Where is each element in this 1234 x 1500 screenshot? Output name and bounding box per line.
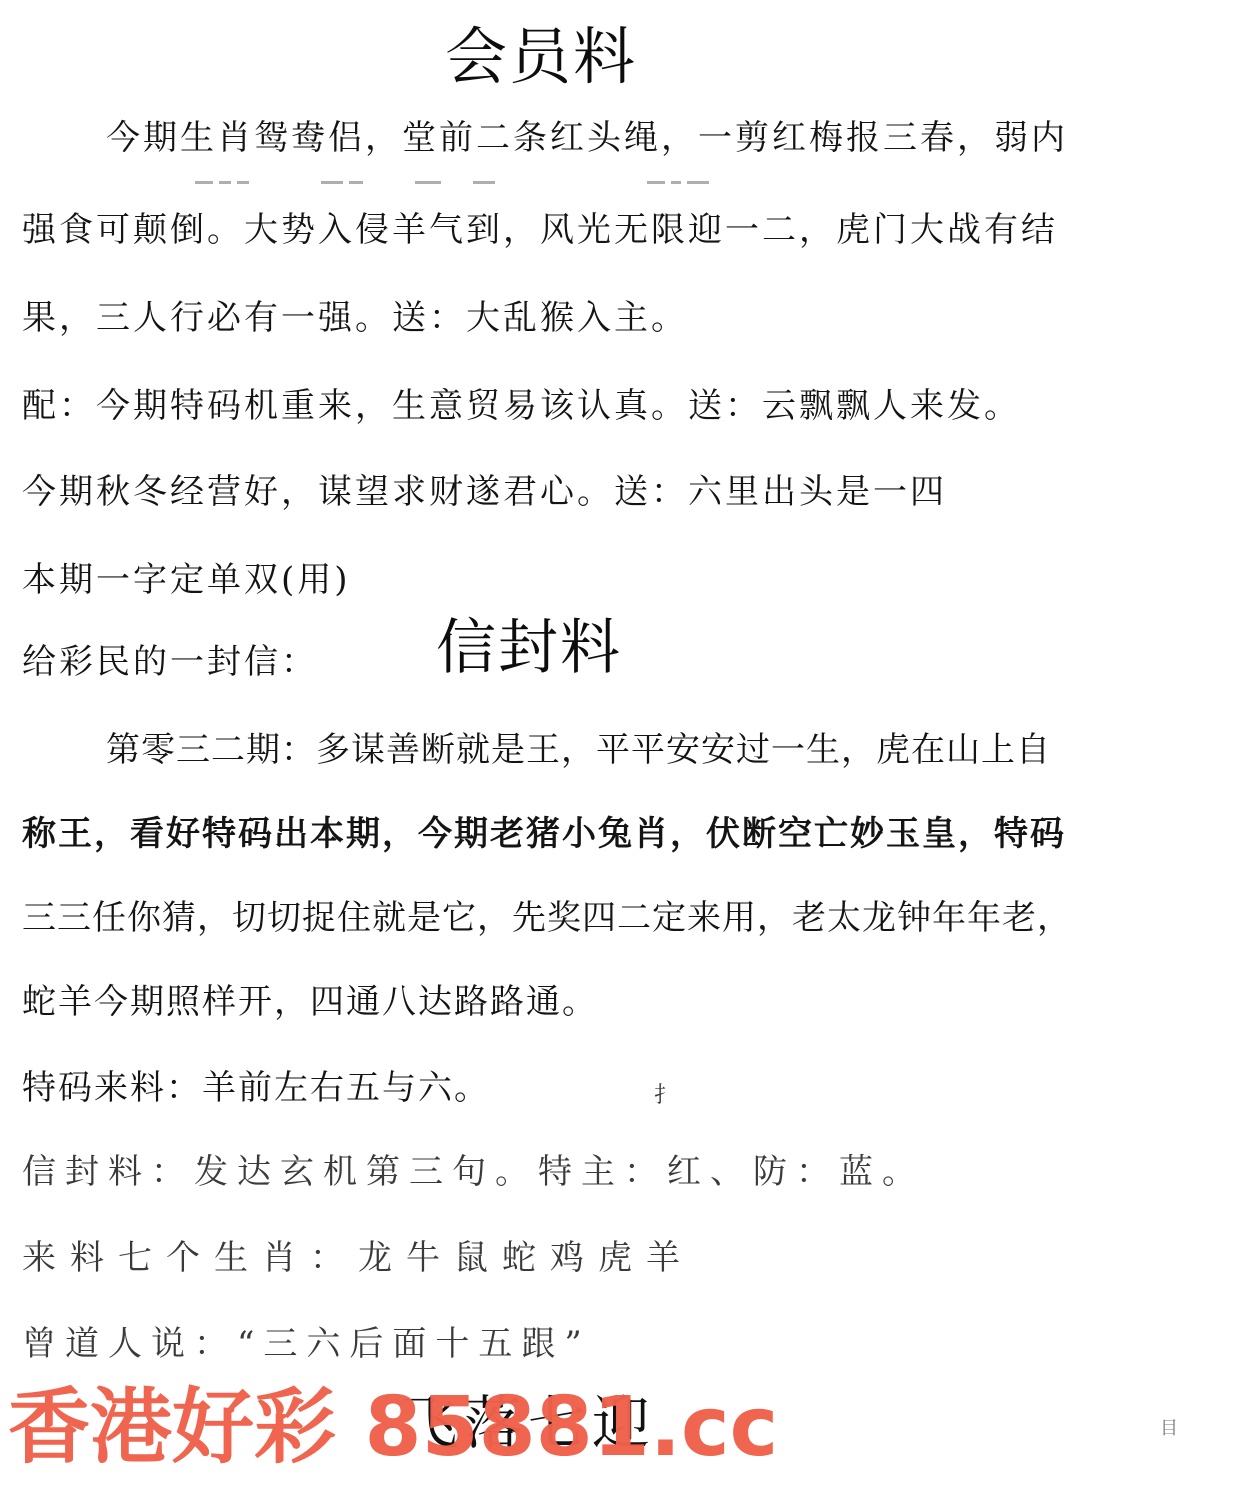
- stray-scan-mark: 扌: [654, 1078, 676, 1109]
- member-line-5: 今期秋冬经营好，谋望求财遂君心。送：六里出头是一四: [22, 470, 947, 514]
- faint-scan-artifacts: [195, 178, 735, 186]
- watermark: 香港好彩 85881.cc: [8, 1378, 778, 1478]
- letter-line-2: 称王，看好特码出本期，今期老猪小兔肖，伏断空亡妙玉皇，特码: [22, 812, 1066, 856]
- member-line-3: 果，三人行必有一强。送：大乱猴入主。: [22, 296, 688, 340]
- member-line-4: 配：今期特码机重来，生意贸易该认真。送：云飘飘人来发。: [22, 384, 1021, 428]
- member-line-2: 强食可颠倒。大势入侵羊气到，风光无限迎一二，虎门大战有结: [22, 208, 1058, 252]
- letter-line-3: 三三任你猜，切切捉住就是它，先奖四二定来用，老太龙钟年年老，: [22, 896, 1072, 940]
- member-line-1: 今期生肖鸳鸯侣，堂前二条红头绳，一剪红梅报三春，弱内: [106, 116, 1068, 160]
- scanned-document-page: 会员料 今期生肖鸳鸯侣，堂前二条红头绳，一剪红梅报三春，弱内 强食可颠倒。大势入…: [0, 0, 1234, 1500]
- section-title-letter: 信封料: [436, 612, 622, 684]
- note-line-1: 特码来料：羊前左右五与六。: [22, 1066, 490, 1110]
- note-line-4: 曾道人说：“三六后面十五跟”: [22, 1322, 591, 1366]
- note-line-3: 来料七个生肖：龙牛鼠蛇鸡虎羊: [22, 1236, 694, 1280]
- note-line-2: 信封料：发达玄机第三句。特主：红、防：蓝。: [22, 1150, 925, 1194]
- member-line-6: 本期一字定单双(用): [22, 558, 351, 602]
- section-title-member: 会员料: [445, 18, 637, 96]
- letter-intro: 给彩民的一封信：: [22, 640, 318, 684]
- letter-line-4: 蛇羊今期照样开，四通八达路路通。: [22, 980, 598, 1024]
- stray-scan-mark-corner: 目: [1160, 1414, 1178, 1440]
- letter-line-1: 第零三二期：多谋善断就是王，平平安安过一生，虎在山上自: [106, 728, 1051, 772]
